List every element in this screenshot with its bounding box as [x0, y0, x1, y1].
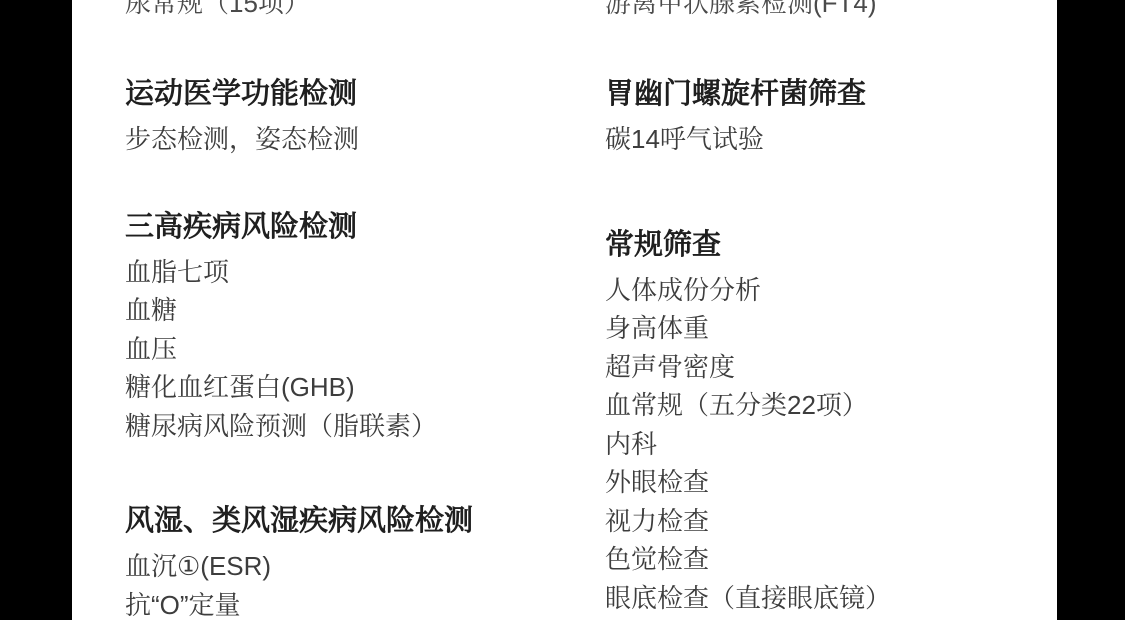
- left-letterbox-bar: [0, 0, 72, 620]
- exam-item: 糖尿病风险预测（脂联素）: [125, 407, 595, 446]
- exam-item: 人体成份分析: [605, 271, 1045, 310]
- exam-item: 血脂七项: [125, 253, 595, 292]
- section-routine-screening: 常规筛查 人体成份分析 身高体重 超声骨密度 血常规（五分类22项） 内科 外眼…: [605, 227, 1045, 618]
- exam-package-detail-panel: 尿常规（15项） 运动医学功能检测 步态检测，姿态检测 三高疾病风险检测 血脂七…: [72, 0, 1057, 620]
- right-column: 游离甲状腺素检测(FT4) 胃幽门螺旋杆菌筛查 碳14呼气试验 常规筛查 人体成…: [605, 0, 1045, 617]
- exam-item: 糖化血红蛋白(GHB): [125, 368, 595, 407]
- partial-item-ft4: 游离甲状腺素检测(FT4): [605, 0, 1045, 18]
- exam-item: 血压: [125, 330, 595, 369]
- exam-item: 碳14呼气试验: [605, 120, 1045, 159]
- exam-item: 血糖: [125, 291, 595, 330]
- exam-item: 身高体重: [605, 309, 1045, 348]
- section-heading: 运动医学功能检测: [125, 76, 595, 112]
- partial-item-urine-routine: 尿常规（15项）: [125, 0, 595, 18]
- page: 尿常规（15项） 运动医学功能检测 步态检测，姿态检测 三高疾病风险检测 血脂七…: [0, 0, 1125, 620]
- exam-item: 内科: [605, 425, 1045, 464]
- exam-item: 色觉检查: [605, 540, 1045, 579]
- exam-item: 超声骨密度: [605, 348, 1045, 387]
- exam-item: 血常规（五分类22项）: [605, 386, 1045, 425]
- exam-item: 视力检查: [605, 502, 1045, 541]
- section-rheumatism-risk: 风湿、类风湿疾病风险检测 血沉①(ESR) 抗“O”定量: [125, 503, 595, 620]
- exam-item: 抗“O”定量: [125, 586, 595, 620]
- section-heading: 三高疾病风险检测: [125, 209, 595, 245]
- section-heading: 风湿、类风湿疾病风险检测: [125, 503, 595, 539]
- exam-item: 外眼检查: [605, 463, 1045, 502]
- section-heading: 常规筛查: [605, 227, 1045, 263]
- section-three-highs-risk: 三高疾病风险检测 血脂七项 血糖 血压 糖化血红蛋白(GHB) 糖尿病风险预测（…: [125, 209, 595, 446]
- section-h-pylori-screening: 胃幽门螺旋杆菌筛查 碳14呼气试验: [605, 76, 1045, 159]
- exam-item: 眼底检查（直接眼底镜）: [605, 579, 1045, 618]
- section-heading: 胃幽门螺旋杆菌筛查: [605, 76, 1045, 112]
- section-sports-medicine: 运动医学功能检测 步态检测，姿态检测: [125, 76, 595, 159]
- exam-item: 步态检测，姿态检测: [125, 120, 595, 159]
- left-column: 尿常规（15项） 运动医学功能检测 步态检测，姿态检测 三高疾病风险检测 血脂七…: [125, 0, 595, 620]
- right-letterbox-bar: [1057, 0, 1125, 620]
- exam-item: 血沉①(ESR): [125, 547, 595, 586]
